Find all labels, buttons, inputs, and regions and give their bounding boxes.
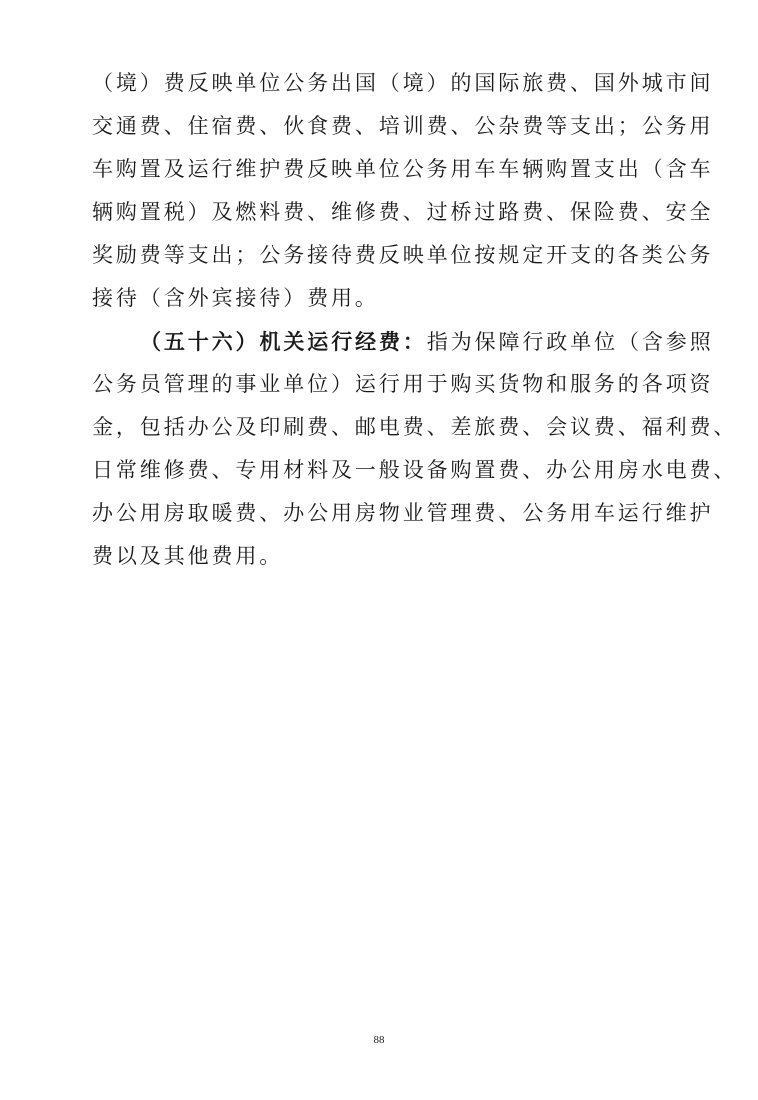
text-line: 辆购置税）及燃料费、维修费、过桥过路费、保险费、安全 [92, 191, 670, 234]
text-line: （五十六）机关运行经费：指为保障行政单位（含参照 [92, 320, 670, 363]
text-line: 接待（含外宾接待）费用。 [92, 277, 670, 320]
section-heading: （五十六）机关运行经费： [140, 329, 427, 354]
text-line: 公务员管理的事业单位）运行用于购买货物和服务的各项资 [92, 363, 670, 406]
document-page: （境）费反映单位公务出国（境）的国际旅费、国外城市间 交通费、住宿费、伙食费、培… [92, 62, 670, 578]
text-line: 办公用房取暖费、办公用房物业管理费、公务用车运行维护 [92, 492, 670, 535]
text-line: 费以及其他费用。 [92, 535, 670, 578]
paragraph-continuation: （境）费反映单位公务出国（境）的国际旅费、国外城市间 交通费、住宿费、伙食费、培… [92, 62, 670, 320]
page-number: 88 [0, 1034, 758, 1046]
text-line: 金，包括办公及印刷费、邮电费、差旅费、会议费、福利费、 [92, 406, 670, 449]
text-line: （境）费反映单位公务出国（境）的国际旅费、国外城市间 [92, 62, 670, 105]
text-line: 日常维修费、专用材料及一般设备购置费、办公用房水电费、 [92, 449, 670, 492]
text-line: 车购置及运行维护费反映单位公务用车车辆购置支出（含车 [92, 148, 670, 191]
text-line: 交通费、住宿费、伙食费、培训费、公杂费等支出；公务用 [92, 105, 670, 148]
paragraph-56-operating-expenses: （五十六）机关运行经费：指为保障行政单位（含参照 公务员管理的事业单位）运行用于… [92, 320, 670, 578]
text-line: 奖励费等支出；公务接待费反映单位按规定开支的各类公务 [92, 234, 670, 277]
heading-rest-text: 指为保障行政单位（含参照 [427, 330, 714, 354]
